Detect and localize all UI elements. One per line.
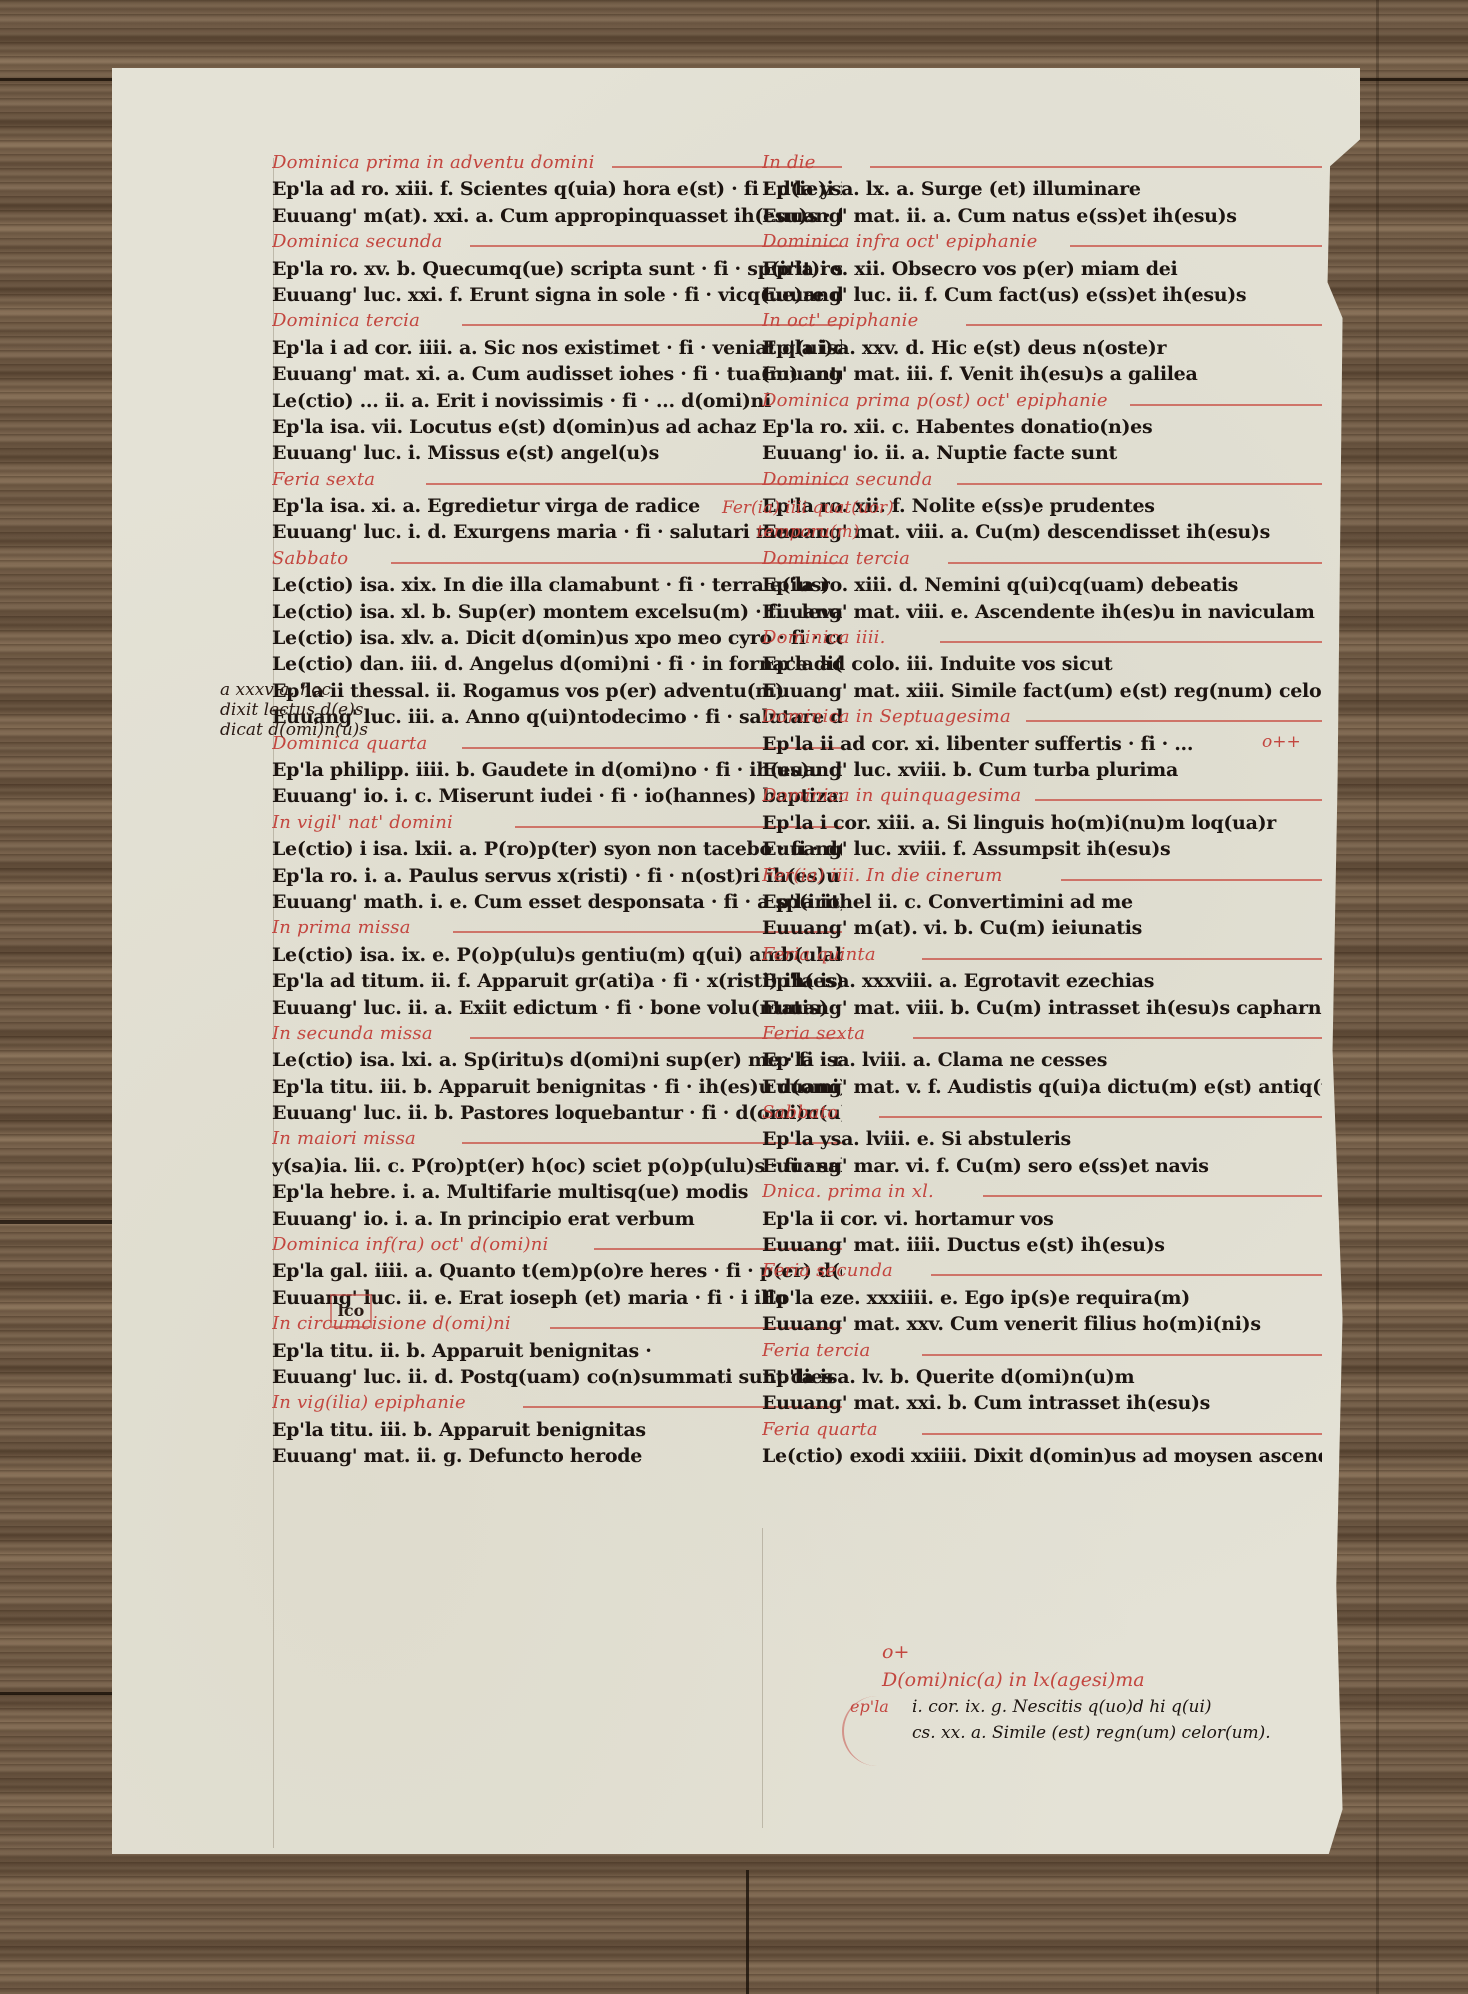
reading-entry: Le(ctio) exodi xxiiii. Dixit d(omin)us a… bbox=[762, 1443, 1322, 1469]
rubric-heading: In maiori missa bbox=[272, 1126, 842, 1152]
reading-entry: Ep'la hebre. i. a. Multifarie multisq(ue… bbox=[272, 1179, 842, 1205]
reading-entry: Euuang' mat. xxi. b. Cum intrasset ih(es… bbox=[762, 1390, 1322, 1416]
reading-entry: Le(ctio) i isa. lxii. a. P(ro)p(ter) syo… bbox=[272, 836, 842, 862]
reading-entry: Le(ctio) isa. ix. e. P(o)p(ulu)s gentiu(… bbox=[272, 942, 842, 968]
reading-entry: Ep'la titu. iii. b. Apparuit benignitas … bbox=[272, 1074, 842, 1100]
rubric-heading: In oct' epiphanie bbox=[762, 308, 1322, 334]
reading-entry: Ep'la eze. xxxiiii. e. Ego ip(s)e requir… bbox=[762, 1285, 1322, 1311]
reading-entry: Euuang' mat. ii. a. Cum natus e(ss)et ih… bbox=[762, 203, 1322, 229]
reading-entry: Euuang' mar. vi. f. Cu(m) sero e(ss)et n… bbox=[762, 1153, 1322, 1179]
reading-entry: Ep'la ro. xv. b. Quecumq(ue) scripta sun… bbox=[272, 256, 842, 282]
reading-entry: Le(ctio) dan. iii. d. Angelus d(omi)ni ·… bbox=[272, 651, 842, 677]
reading-entry: Ep'la ysa. lx. a. Surge (et) illuminare bbox=[762, 176, 1322, 202]
reading-entry: Le(ctio) isa. lxi. a. Sp(iritu)s d(omi)n… bbox=[272, 1047, 842, 1073]
rubric-heading: In prima missa bbox=[272, 915, 842, 941]
wood-seam bbox=[0, 1692, 120, 1695]
addition-mark: o+ bbox=[882, 1638, 1342, 1666]
rubric-heading: In secunda missa bbox=[272, 1021, 842, 1047]
reading-entry: Euuang' io. ii. a. Nuptie facte sunt bbox=[762, 440, 1322, 466]
reading-entry: Ep'la ro. i. a. Paulus servus x(risti) ·… bbox=[272, 863, 842, 889]
wood-seam bbox=[1376, 0, 1379, 1994]
reading-entry: Euuang' luc. i. Missus e(st) angel(u)s bbox=[272, 440, 842, 466]
reading-entry: Ep'la ro. xii. Obsecro vos p(er) miam de… bbox=[762, 256, 1322, 282]
lectio-box: lco bbox=[330, 1294, 372, 1328]
rubric-heading: Dominica tercia bbox=[762, 546, 1322, 572]
reading-entry: Euuang' mat. xi. a. Cum audisset iohes ·… bbox=[272, 361, 842, 387]
reading-entry: Ep'la ro. xii. c. Habentes donatio(n)es bbox=[762, 414, 1322, 440]
reading-entry: Euuang' m(at). xxi. a. Cum appropinquass… bbox=[272, 203, 842, 229]
reading-entry: Ep'la isa. xxxviii. a. Egrotavit ezechia… bbox=[762, 968, 1322, 994]
addition-line: cs. xx. a. Simile (est) regn(um) celor(u… bbox=[882, 1720, 1342, 1746]
manuscript-leaf: Dominica prima in adventu dominiEp'la ad… bbox=[112, 68, 1360, 1854]
rubric-heading: Feria quinta bbox=[762, 942, 1322, 968]
rubric-heading: Sabbato bbox=[762, 1100, 1322, 1126]
rubric-heading: Dominica in Septuagesima bbox=[762, 704, 1322, 730]
ruling-line bbox=[762, 1528, 763, 1828]
reading-entry: Euuang' luc. ii. d. Postq(uam) co(n)summ… bbox=[272, 1364, 842, 1390]
reading-entry: Ep'la ii ad cor. xi. libenter suffertis … bbox=[762, 731, 1322, 757]
reading-entry: Ep'la titu. iii. b. Apparuit benignitas bbox=[272, 1417, 842, 1443]
reading-entry: Ep'la isa. xxv. d. Hic e(st) deus n(oste… bbox=[762, 335, 1322, 361]
rubric-heading: Dominica prima p(ost) oct' epiphanie bbox=[762, 388, 1322, 414]
rubric-heading: In vig(ilia) epiphanie bbox=[272, 1390, 842, 1416]
reading-entry: Le(ctio) isa. xlv. a. Dicit d(omin)us xp… bbox=[272, 625, 842, 651]
rubric-heading: Dominica inf(ra) oct' d(omi)ni bbox=[272, 1232, 842, 1258]
reading-entry: Ep'la i cor. xiii. a. Si linguis ho(m)i(… bbox=[762, 810, 1322, 836]
left-column: Dominica prima in adventu dominiEp'la ad… bbox=[272, 150, 842, 1470]
reading-entry: Ep'la philipp. iiii. b. Gaudete in d(omi… bbox=[272, 757, 842, 783]
reading-entry: Euuang' luc. ii. b. Pastores loquebantur… bbox=[272, 1100, 842, 1126]
reading-entry: Ep'la isa. vii. Locutus e(st) d(omin)us … bbox=[272, 414, 842, 440]
reading-entry: Euuang' mat. iii. f. Venit ih(esu)s a ga… bbox=[762, 361, 1322, 387]
reading-entry: Euuang' mat. v. f. Audistis q(ui)a dictu… bbox=[762, 1074, 1322, 1100]
rubric-heading: Dnica. prima in xl. bbox=[762, 1179, 1322, 1205]
oct-mark: o++ bbox=[1262, 730, 1301, 754]
reading-entry: Euuang' io. i. c. Miserunt iudei · fi · … bbox=[272, 783, 842, 809]
reading-entry: Euuang' luc. ii. f. Cum fact(us) e(ss)et… bbox=[762, 282, 1322, 308]
reading-entry: Euuang' mat. iiii. Ductus e(st) ih(esu)s bbox=[762, 1232, 1322, 1258]
rubric-heading: Feria quarta bbox=[762, 1417, 1322, 1443]
rubric-heading: Dominica prima in adventu domini bbox=[272, 150, 842, 176]
rubric-heading: Dominica secunda bbox=[272, 229, 842, 255]
rubric-heading: Feria sexta bbox=[272, 467, 842, 493]
reading-entry: Ep'la isa. lviii. a. Clama ne cesses bbox=[762, 1047, 1322, 1073]
rubric-heading: Dominica tercia bbox=[272, 308, 842, 334]
reading-entry: Ep'la ad colo. iii. Induite vos sicut bbox=[762, 651, 1322, 677]
reading-entry: Ep'la ad ro. xiii. f. Scientes q(uia) ho… bbox=[272, 176, 842, 202]
later-addition: o+ D(omi)nic(a) in lx(agesi)ma ep'la i. … bbox=[882, 1638, 1342, 1746]
reading-entry: Le(ctio) isa. xl. b. Sup(er) montem exce… bbox=[272, 599, 842, 625]
reading-entry: Le(ctio) isa. xix. In die illa clamabunt… bbox=[272, 572, 842, 598]
reading-entry: Euuang' mat. ii. g. Defuncto herode bbox=[272, 1443, 842, 1469]
reading-entry: Euuang' mat. xiii. Simile fact(um) e(st)… bbox=[762, 678, 1322, 704]
reading-entry: Ep'la isa. lv. b. Querite d(omi)n(u)m bbox=[762, 1364, 1322, 1390]
reading-entry: Ep'la gal. iiii. a. Quanto t(em)p(o)re h… bbox=[272, 1258, 842, 1284]
epistle-mark: ep'la bbox=[842, 1696, 900, 1766]
wood-seam bbox=[746, 1870, 749, 1994]
reading-entry: Euuang' luc. xxi. f. Erunt signa in sole… bbox=[272, 282, 842, 308]
reading-entry: Euuang' mat. viii. b. Cu(m) intrasset ih… bbox=[762, 995, 1322, 1021]
reading-entry: Euuang' luc. xviii. b. Cum turba plurima bbox=[762, 757, 1322, 783]
reading-entry: Euuang' mat. xxv. Cum venerit filius ho(… bbox=[762, 1311, 1322, 1337]
right-column: In dieEp'la ysa. lx. a. Surge (et) illum… bbox=[762, 150, 1322, 1470]
wood-seam bbox=[0, 1220, 120, 1224]
temporum-rubric: Fer(ia) iiii quat(uor) temporu(m) bbox=[722, 496, 894, 544]
reading-entry: Ep'la i ad cor. iiii. a. Sic nos existim… bbox=[272, 335, 842, 361]
addition-line: i. cor. ix. g. Nescitis q(uo)d hi q(ui) bbox=[882, 1694, 1342, 1720]
reading-entry: Euuang' mat. viii. e. Ascendente ih(es)u… bbox=[762, 599, 1322, 625]
rubric-heading: Fer(ia) iiii. In die cinerum bbox=[762, 863, 1322, 889]
rubric-heading: In vigil' nat' domini bbox=[272, 810, 842, 836]
reading-entry: Ep'la titu. ii. b. Apparuit benignitas · bbox=[272, 1338, 842, 1364]
reading-entry: Euuang' luc. ii. a. Exiit edictum · fi ·… bbox=[272, 995, 842, 1021]
addition-heading: D(omi)nic(a) in lx(agesi)ma bbox=[882, 1666, 1342, 1694]
reading-entry: Euuang' math. i. e. Cum esset desponsata… bbox=[272, 889, 842, 915]
rubric-heading: In die bbox=[762, 150, 1322, 176]
reading-entry: Ep'la ad titum. ii. f. Apparuit gr(ati)a… bbox=[272, 968, 842, 994]
rubric-heading: Feria sexta bbox=[762, 1021, 1322, 1047]
rubric-heading: Sabbato bbox=[272, 546, 842, 572]
rubric-heading: Dominica infra oct' epiphanie bbox=[762, 229, 1322, 255]
rubric-heading: Dominica in quinquagesima bbox=[762, 783, 1322, 809]
reading-entry: Ep'la ysa. lviii. e. Si abstuleris bbox=[762, 1126, 1322, 1152]
reading-entry: y(sa)ia. lii. c. P(ro)pt(er) h(oc) sciet… bbox=[272, 1153, 842, 1179]
margin-note-left: a xxxv a. hoc dixit lectus d(e)s dicat d… bbox=[220, 680, 330, 740]
reading-entry: Ep'la ii cor. vi. hortamur vos bbox=[762, 1206, 1322, 1232]
rubric-heading: Feria secunda bbox=[762, 1258, 1322, 1284]
reading-entry: Ep'la iohel ii. c. Convertimini ad me bbox=[762, 889, 1322, 915]
reading-entry: Le(ctio) ... ii. a. Erit i novissimis · … bbox=[272, 388, 842, 414]
rubric-heading: Dominica secunda bbox=[762, 467, 1322, 493]
reading-entry: Ep'la ro. xiii. d. Nemini q(ui)cq(uam) d… bbox=[762, 572, 1322, 598]
rubric-heading: Feria tercia bbox=[762, 1338, 1322, 1364]
rubric-heading: Dominica iiii. bbox=[762, 625, 1322, 651]
reading-entry: Euuang' m(at). vi. b. Cu(m) ieiunatis bbox=[762, 915, 1322, 941]
reading-entry: Euuang' io. i. a. In principio erat verb… bbox=[272, 1206, 842, 1232]
reading-entry: Euuang' luc. xviii. f. Assumpsit ih(esu)… bbox=[762, 836, 1322, 862]
